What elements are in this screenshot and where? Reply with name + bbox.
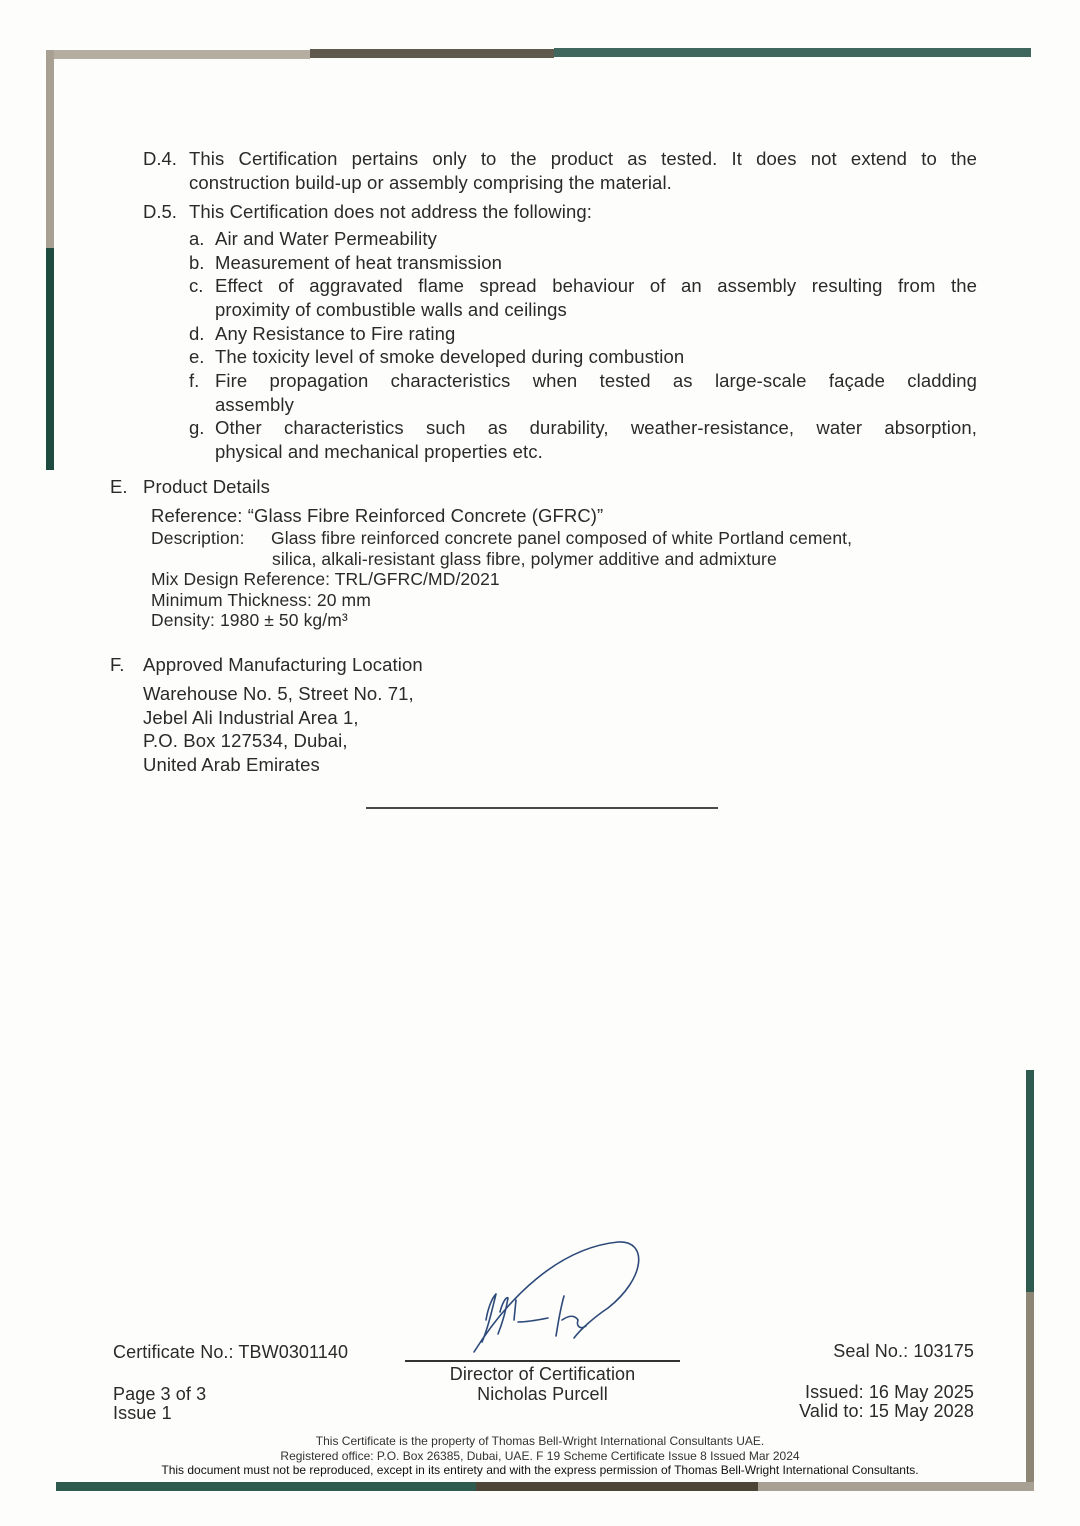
list-letter: d. <box>189 322 204 346</box>
list-letter: e. <box>189 345 204 369</box>
section-title: Product Details <box>143 475 270 499</box>
density: Density: 1980 ± 50 kg/m³ <box>151 610 348 631</box>
frame-right-tan <box>1026 1292 1034 1490</box>
description-line: silica, alkali-resistant glass fibre, po… <box>272 549 777 570</box>
list-item: Measurement of heat transmission <box>215 251 502 275</box>
list-item: Any Resistance to Fire rating <box>215 322 455 346</box>
signatory-name: Nicholas Purcell <box>405 1383 680 1405</box>
minimum-thickness: Minimum Thickness: 20 mm <box>151 590 371 611</box>
list-item: Fire propagation characteristics when te… <box>215 369 977 393</box>
clause-number: D.4. <box>143 147 177 171</box>
list-letter: a. <box>189 227 204 251</box>
description-label: Description: <box>151 528 245 549</box>
footer-reproduction-notice: This document must not be reproduced, ex… <box>60 1463 1020 1478</box>
list-item-cont: proximity of combustible walls and ceili… <box>215 298 567 322</box>
signature-line <box>405 1360 680 1362</box>
list-item-cont: physical and mechanical properties etc. <box>215 440 543 464</box>
address-line: United Arab Emirates <box>143 753 320 777</box>
product-reference: Reference: “Glass Fibre Reinforced Concr… <box>151 504 603 528</box>
signatory-title: Director of Certification <box>405 1363 680 1385</box>
frame-bottom-tan <box>758 1482 1034 1491</box>
section-letter: E. <box>110 475 127 499</box>
frame-right-green <box>1026 1070 1034 1292</box>
frame-left-tan <box>46 50 54 248</box>
list-item-cont: assembly <box>215 393 294 417</box>
list-letter: b. <box>189 251 204 275</box>
seal-number: Seal No.: 103175 <box>774 1339 974 1363</box>
footer-registered-office: Registered office: P.O. Box 26385, Dubai… <box>60 1449 1020 1464</box>
clause-text-line: construction build-up or assembly compri… <box>189 171 672 195</box>
section-title: Approved Manufacturing Location <box>143 653 423 677</box>
address-line: Warehouse No. 5, Street No. 71, <box>143 682 414 706</box>
address-line: Jebel Ali Industrial Area 1, <box>143 706 359 730</box>
frame-left-green <box>46 248 54 470</box>
list-letter: f. <box>189 369 199 393</box>
footer-ownership: This Certificate is the property of Thom… <box>60 1434 1020 1449</box>
clause-number: D.5. <box>143 200 177 224</box>
list-letter: g. <box>189 416 204 440</box>
mix-design-reference: Mix Design Reference: TRL/GFRC/MD/2021 <box>151 569 500 590</box>
frame-bottom-green <box>56 1482 476 1491</box>
clause-text-line: This Certification pertains only to the … <box>189 147 977 171</box>
clause-text-line: This Certification does not address the … <box>189 200 592 224</box>
description-line: Glass fibre reinforced concrete panel co… <box>271 528 852 549</box>
list-item: Other characteristics such as durability… <box>215 416 977 440</box>
frame-top-right <box>554 48 1031 57</box>
list-letter: c. <box>189 274 203 298</box>
valid-to-date: Valid to: 15 May 2028 <box>744 1401 974 1421</box>
list-item: Air and Water Permeability <box>215 227 437 251</box>
issue-number: Issue 1 <box>113 1403 172 1423</box>
end-of-content-rule <box>366 807 718 809</box>
list-item: Effect of aggravated flame spread behavi… <box>215 274 977 298</box>
frame-top-left <box>46 50 310 59</box>
frame-top-mid <box>310 49 554 58</box>
signature-icon <box>468 1238 653 1358</box>
address-line: P.O. Box 127534, Dubai, <box>143 729 348 753</box>
section-letter: F. <box>110 653 124 677</box>
certificate-number: Certificate No.: TBW0301140 <box>113 1340 348 1364</box>
frame-bottom-dark <box>476 1482 758 1491</box>
issued-date: Issued: 16 May 2025 <box>744 1382 974 1402</box>
page-number: Page 3 of 3 <box>113 1384 206 1404</box>
list-item: The toxicity level of smoke developed du… <box>215 345 684 369</box>
